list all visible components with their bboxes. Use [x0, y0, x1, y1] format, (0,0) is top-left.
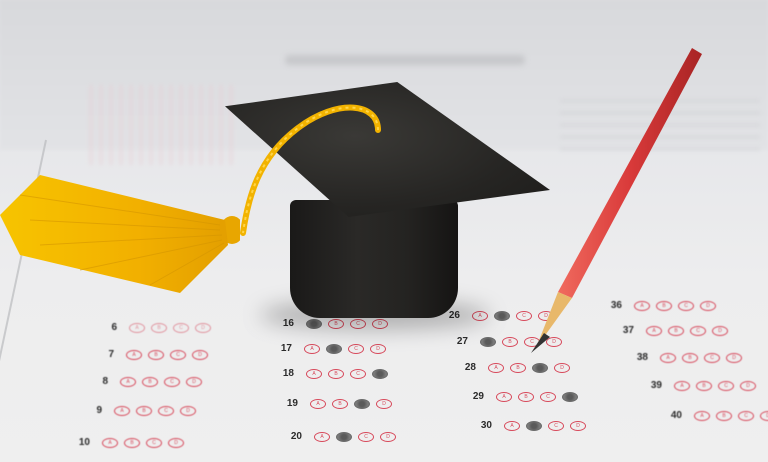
answer-bubble: B	[494, 311, 510, 321]
question-number: 40	[660, 410, 682, 421]
answer-row: 9ABCD	[80, 405, 196, 416]
answer-bubble: A	[496, 392, 512, 402]
answer-bubble: A	[504, 421, 520, 431]
answer-bubble: C	[170, 350, 186, 360]
question-number: 29	[462, 391, 484, 402]
answer-bubble: A	[304, 344, 320, 354]
answer-bubble: D	[554, 363, 570, 373]
answer-bubble: C	[358, 432, 374, 442]
pencil-icon	[522, 48, 712, 358]
question-number: 27	[446, 336, 468, 347]
answer-bubble: D	[570, 421, 586, 431]
answer-bubble: C	[718, 381, 734, 391]
answer-bubble: D	[376, 399, 392, 409]
answer-bubble: D	[372, 369, 388, 379]
question-number: 10	[68, 437, 90, 448]
answer-bubble: D	[760, 411, 768, 421]
answer-bubble: A	[306, 369, 322, 379]
answer-bubble: B	[332, 399, 348, 409]
answer-bubble: C	[158, 406, 174, 416]
answer-bubble: B	[148, 350, 164, 360]
question-number: 20	[280, 431, 302, 442]
answer-bubble: B	[518, 392, 534, 402]
question-number: 17	[270, 343, 292, 354]
answer-bubble: A	[120, 377, 136, 387]
answer-bubble: C	[532, 363, 548, 373]
answer-row: 30ABCD	[470, 420, 586, 431]
answer-bubble: D	[726, 353, 742, 363]
answer-bubble: B	[502, 337, 518, 347]
answer-row: 18ABCD	[272, 368, 388, 379]
answer-bubble: A	[480, 337, 496, 347]
answer-row: 20ABCD	[280, 431, 396, 442]
answer-bubble: B	[328, 369, 344, 379]
answer-bubble: B	[526, 421, 542, 431]
question-number: 19	[276, 398, 298, 409]
tassel-icon	[0, 175, 240, 295]
answer-row: 39ABCD	[640, 380, 756, 391]
answer-bubble: C	[348, 344, 364, 354]
answer-bubble: B	[510, 363, 526, 373]
answer-bubble: D	[168, 438, 184, 448]
answer-row: 10ABCD	[68, 437, 184, 448]
answer-bubble: C	[548, 421, 564, 431]
answer-row: 40ABCD	[660, 410, 768, 421]
answer-row: 29ABCD	[462, 391, 578, 402]
answer-bubble: D	[712, 326, 728, 336]
sheet-title-blurred	[285, 55, 525, 65]
answer-bubble: B	[716, 411, 732, 421]
answer-bubble: C	[738, 411, 754, 421]
answer-bubble: C	[354, 399, 370, 409]
question-number: 18	[272, 368, 294, 379]
question-number: 28	[454, 362, 476, 373]
answer-bubble: A	[310, 399, 326, 409]
answer-bubble: B	[696, 381, 712, 391]
answer-bubble: D	[195, 323, 211, 333]
answer-bubble: D	[186, 377, 202, 387]
tassel-cord-icon	[238, 98, 383, 238]
answer-bubble: D	[192, 350, 208, 360]
answer-bubble: C	[173, 323, 189, 333]
answer-bubble: B	[124, 438, 140, 448]
answer-bubble: A	[488, 363, 504, 373]
answer-bubble: D	[740, 381, 756, 391]
question-number: 6	[95, 322, 117, 333]
answer-bubble: B	[136, 406, 152, 416]
answer-bubble: A	[114, 406, 130, 416]
answer-bubble: A	[694, 411, 710, 421]
answer-bubble: B	[336, 432, 352, 442]
photo-scene: 6ABCD7ABCD8ABCD9ABCD10ABCD16ABCD17ABCD18…	[0, 0, 768, 462]
answer-row: 17ABCD	[270, 343, 386, 354]
question-number: 30	[470, 420, 492, 431]
answer-row: 6ABCD	[95, 322, 211, 333]
answer-bubble: B	[142, 377, 158, 387]
answer-row: 7ABCD	[92, 349, 208, 360]
answer-row: 8ABCD	[86, 376, 202, 387]
question-number: 7	[92, 349, 114, 360]
question-number: 39	[640, 380, 662, 391]
answer-bubble: C	[540, 392, 556, 402]
answer-row: 28ABCD	[454, 362, 570, 373]
answer-bubble: D	[562, 392, 578, 402]
answer-bubble: A	[129, 323, 145, 333]
answer-bubble: A	[674, 381, 690, 391]
answer-bubble: A	[314, 432, 330, 442]
question-number: 8	[86, 376, 108, 387]
answer-bubble: C	[350, 369, 366, 379]
question-number: 9	[80, 405, 102, 416]
answer-bubble: D	[380, 432, 396, 442]
answer-bubble: A	[126, 350, 142, 360]
answer-bubble: D	[180, 406, 196, 416]
blurred-grid-left	[90, 85, 240, 165]
answer-bubble: B	[326, 344, 342, 354]
answer-bubble: D	[370, 344, 386, 354]
answer-bubble: B	[151, 323, 167, 333]
answer-bubble: A	[102, 438, 118, 448]
answer-bubble: C	[146, 438, 162, 448]
answer-row: 19ABCD	[276, 398, 392, 409]
answer-bubble: C	[164, 377, 180, 387]
